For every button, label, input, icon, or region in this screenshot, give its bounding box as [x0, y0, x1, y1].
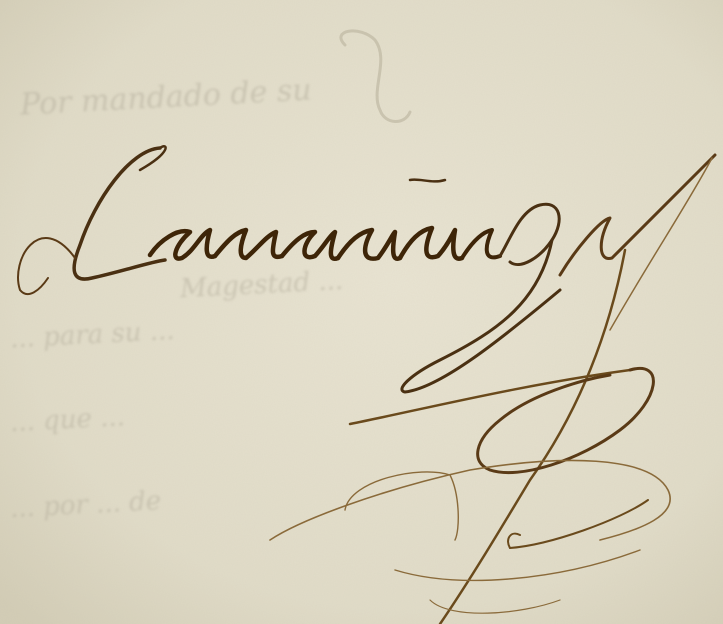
signature-ink: [0, 0, 723, 624]
signature-photo: Por mandado de su Magestad ... ... para …: [0, 0, 723, 624]
